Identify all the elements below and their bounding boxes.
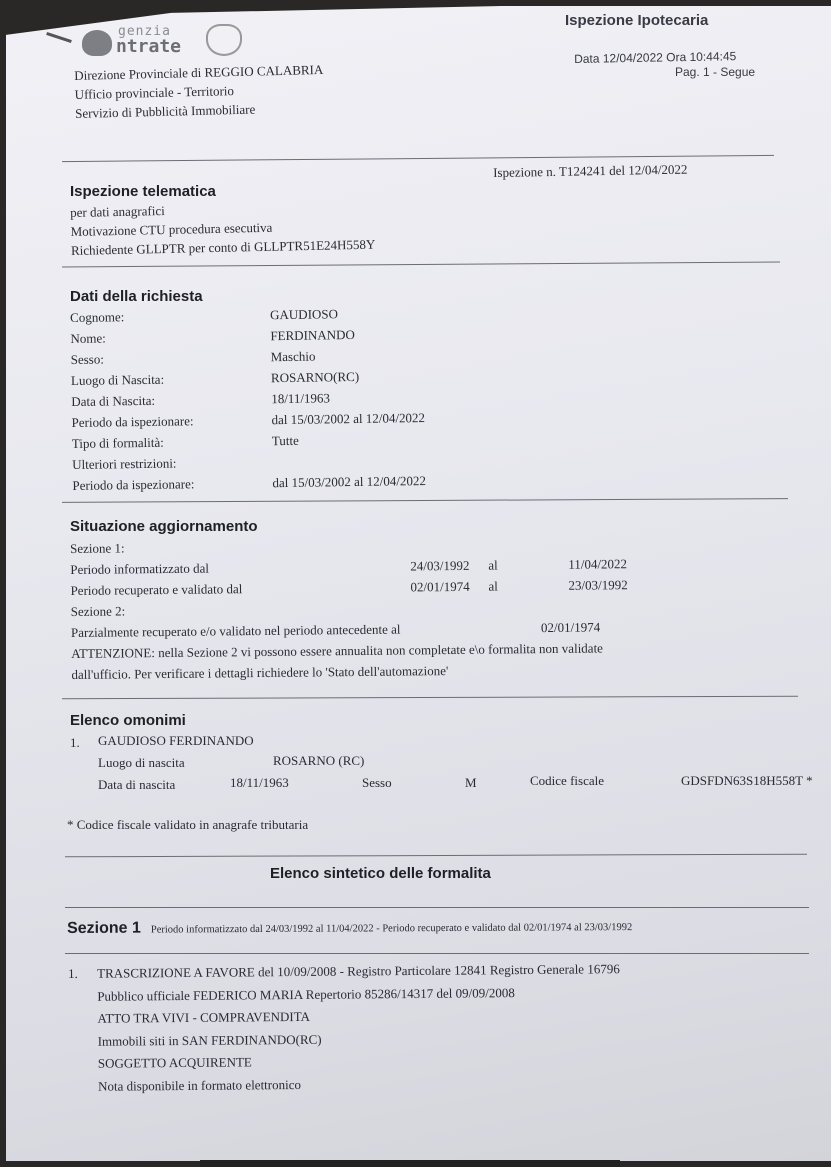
- parziale-label: Parzialmente recuperato e/o validato nel…: [71, 622, 401, 641]
- divider: [65, 907, 809, 908]
- logo-e-icon: [82, 30, 112, 56]
- section-title-omonimi: Elenco omonimi: [70, 712, 186, 729]
- field-label: Periodo da ispezionare:: [71, 413, 193, 431]
- formalita-line: Nota disponibile in formato elettronico: [98, 1071, 621, 1098]
- logo-dash: [46, 32, 72, 43]
- divider: [65, 953, 809, 954]
- section-title-richiesta: Dati della richiesta: [70, 288, 203, 305]
- page-edge-shadow: [200, 1160, 620, 1167]
- aggiornamento-block: Sezione 1: Periodo informatizzato dal 24…: [70, 534, 772, 688]
- sezione-label: Sezione 1: [67, 920, 141, 937]
- period-to: 23/03/1992: [568, 577, 627, 594]
- period-to: 11/04/2022: [568, 556, 627, 573]
- cf-label: Codice fiscale: [530, 773, 604, 789]
- omonimo-item: 1. GAUDIOSO FERDINANDO Luogo di nascita …: [70, 733, 830, 803]
- page-indicator: Pag. 1 - Segue: [675, 65, 755, 79]
- luogo-value: ROSARNO (RC): [273, 753, 364, 769]
- period-from: 24/03/1992: [410, 558, 469, 575]
- formalita-title: Elenco sintetico delle formalita: [270, 865, 491, 882]
- section-title-ispezione: Ispezione telematica: [70, 183, 216, 200]
- formalita-item: 1. TRASCRIZIONE A FAVORE del 10/09/2008 …: [68, 957, 809, 1103]
- field-label: Cognome:: [70, 309, 124, 326]
- agenzia-entrate-logo: genzia ntrate: [46, 22, 246, 60]
- item-number: 1.: [68, 963, 78, 986]
- period-al: al: [488, 579, 498, 595]
- field-value: dal 15/03/2002 al 12/04/2022: [271, 410, 425, 428]
- field-value: ROSARNO(RC): [271, 369, 359, 386]
- sezione-desc: Periodo informatizzato dal 24/03/1992 al…: [151, 922, 632, 936]
- data-label: Data di nascita: [98, 777, 175, 793]
- sezione-label: Sezione 1:: [70, 540, 125, 557]
- field-value: 18/11/1963: [271, 390, 330, 407]
- field-label: Sesso:: [71, 352, 104, 368]
- sezione-label: Sezione 2:: [71, 603, 126, 620]
- formalita-line: TRASCRIZIONE A FAVORE del 10/09/2008 - R…: [97, 958, 620, 985]
- data-value: 18/11/1963: [230, 775, 289, 791]
- office-info: Direzione Provinciale di REGGIO CALABRIA…: [74, 60, 324, 123]
- period-label: Periodo informatizzato dal: [70, 561, 209, 578]
- field-value: FERDINANDO: [270, 327, 355, 344]
- ispezione-details: per dati anagrafici Motivazione CTU proc…: [70, 197, 376, 260]
- formalita-lines: TRASCRIZIONE A FAVORE del 10/09/2008 - R…: [97, 958, 621, 1098]
- cf-footnote: * Codice fiscale validato in anagrafe tr…: [67, 817, 308, 833]
- republic-emblem-icon: [206, 24, 242, 56]
- period-label: Periodo recuperato e validato dal: [70, 581, 242, 599]
- field-label: Tipo di formalità:: [72, 435, 164, 452]
- field-value: Tutte: [272, 433, 299, 449]
- parziale-date: 02/01/1974: [541, 619, 600, 636]
- field-label: Nome:: [70, 331, 106, 347]
- omonimo-name: GAUDIOSO FERDINANDO: [98, 733, 254, 749]
- sesso-label: Sesso: [362, 775, 392, 791]
- logo-text-ntrate: ntrate: [116, 36, 181, 57]
- date-time: Data 12/04/2022 Ora 10:44:45: [574, 49, 736, 66]
- field-value: GAUDIOSO: [270, 306, 338, 323]
- cf-value: GDSFDN63S18H558T *: [681, 773, 813, 789]
- ispezione-number: Ispezione n. T124241 del 12/04/2022: [493, 162, 688, 181]
- field-label: Ulteriori restrizioni:: [72, 456, 177, 473]
- field-value: dal 15/03/2002 al 12/04/2022: [272, 473, 426, 491]
- field-label: Luogo di Nascita:: [71, 372, 164, 389]
- item-number: 1.: [70, 735, 80, 751]
- sezione1-header: Sezione 1Periodo informatizzato dal 24/0…: [67, 917, 632, 938]
- field-label: Data di Nascita:: [71, 393, 155, 410]
- attenzione-text: dall'ufficio. Per verificare i dettagli …: [71, 663, 448, 683]
- section-title-aggiornamento: Situazione aggiornamento: [70, 518, 258, 535]
- luogo-label: Luogo di nascita: [98, 755, 185, 771]
- document-title: Ispezione Ipotecaria: [565, 12, 708, 29]
- sesso-value: M: [465, 775, 477, 791]
- period-al: al: [488, 558, 498, 574]
- richiesta-fields: Cognome:GAUDIOSO Nome:FERDINANDO Sesso:M…: [70, 304, 493, 499]
- field-label: Periodo da ispezionare:: [72, 476, 194, 494]
- field-value: Maschio: [271, 349, 316, 366]
- period-from: 02/01/1974: [410, 579, 469, 596]
